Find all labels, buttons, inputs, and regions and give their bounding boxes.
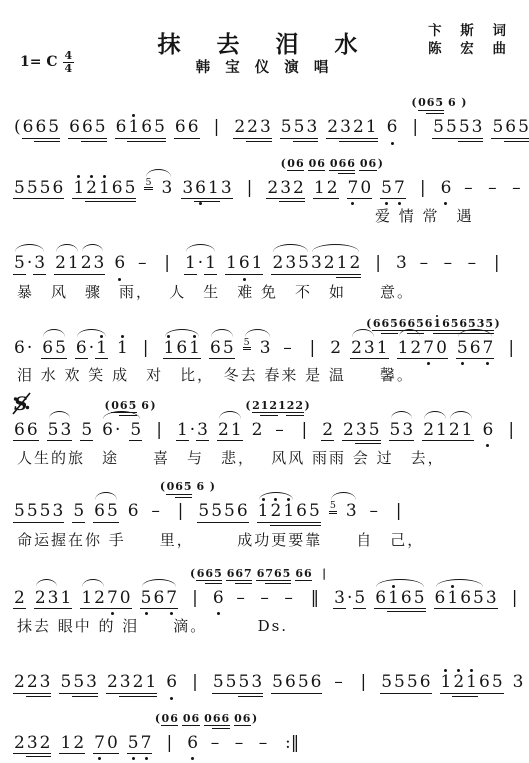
note: 6: [274, 568, 283, 585]
parenthesis: (: [280, 157, 287, 170]
note: 1: [397, 339, 410, 360]
slur-arc: 161: [163, 335, 201, 361]
note: 6: [347, 158, 356, 175]
note: 2: [85, 179, 98, 203]
parenthesis: (: [365, 317, 372, 330]
double-barline: ‖: [311, 585, 320, 611]
note: 5: [491, 118, 504, 139]
octave-dot-below: [140, 612, 153, 615]
slur-arc: 6165: [374, 585, 425, 613]
octave-dot-above: [188, 335, 201, 338]
grace-note: 5: [329, 501, 337, 514]
note: 6: [295, 568, 304, 582]
note: 1: [313, 179, 326, 200]
slur-arc: 53: [144, 175, 173, 201]
note: 1: [80, 589, 93, 610]
note: 0: [166, 481, 175, 495]
note: 3: [250, 673, 263, 697]
note: 5: [389, 421, 402, 442]
note: 5: [124, 179, 137, 203]
octave-dot-below: [482, 444, 495, 447]
note: 2: [452, 673, 465, 697]
note: 5: [47, 118, 60, 142]
note: 7: [482, 339, 495, 360]
note: 6: [442, 318, 451, 335]
note: 3: [26, 734, 39, 758]
note: 5: [435, 97, 444, 114]
note: 6: [434, 589, 447, 610]
note: 6: [236, 502, 249, 523]
grace-annotation: (212122): [244, 399, 310, 417]
note: 2: [132, 673, 145, 697]
dash: –: [233, 585, 249, 611]
note: 3: [310, 254, 323, 275]
dash: –: [464, 250, 480, 276]
slur-arc: 6·5: [101, 417, 142, 443]
note: 3: [401, 421, 414, 442]
note: 2: [13, 734, 26, 755]
slur-arc: 567: [140, 585, 178, 611]
dash: –: [280, 335, 296, 361]
barline: |: [301, 417, 307, 443]
parenthesis: ): [209, 480, 216, 493]
octave-dot-below: [165, 697, 178, 700]
dash: –: [271, 417, 287, 443]
note: 6: [41, 339, 54, 360]
note: 6: [221, 713, 230, 730]
barline: |: [178, 498, 184, 524]
annotation-row: (060606606): [13, 712, 516, 727]
note: 5: [445, 118, 458, 139]
note: 6: [400, 589, 413, 613]
note: 5: [432, 118, 445, 139]
slur-arc: 65: [41, 335, 67, 361]
note: 5: [26, 179, 39, 200]
lyrics-line: 爱 情 常 遇: [13, 202, 516, 227]
note: 2: [350, 339, 363, 360]
note: 5: [106, 502, 119, 523]
note: 5: [129, 421, 142, 442]
note: 3: [395, 254, 408, 274]
dash: –: [460, 175, 476, 201]
note: 3: [196, 421, 209, 442]
note: 5: [280, 118, 293, 139]
note: 2: [217, 421, 230, 442]
note: 5: [153, 118, 166, 142]
slur-arc: 12: [80, 585, 106, 611]
note: 5: [13, 179, 26, 200]
note: 2: [39, 734, 52, 758]
note: 1: [465, 673, 478, 697]
octave-dot-below: [456, 362, 469, 365]
note: 7: [422, 339, 435, 360]
slur-arc: 23: [80, 250, 106, 276]
octave-dot-below: [194, 202, 207, 205]
note: 6: [284, 673, 297, 694]
note: 5: [297, 254, 310, 275]
octave-dot-above: [387, 585, 400, 588]
note: 6: [51, 179, 64, 200]
barline: |: [412, 114, 418, 140]
note: 5: [225, 673, 238, 694]
slur-arc: 121: [257, 498, 295, 526]
note: 6: [115, 118, 128, 139]
note: 6: [419, 673, 432, 694]
note: 5: [406, 673, 419, 694]
parenthesis: (: [13, 114, 22, 140]
grace-note: 5: [243, 338, 251, 351]
parenthesis: ): [460, 96, 467, 109]
parenthesis: ): [251, 712, 258, 725]
slur-arc: 3212: [310, 250, 361, 278]
note: 5: [140, 589, 153, 610]
note: 7: [106, 589, 119, 610]
octave-dot-below: [127, 757, 140, 760]
note: 5: [212, 673, 225, 694]
note: 3: [284, 254, 297, 275]
octave-dot-below: [347, 202, 360, 205]
note: 1: [225, 254, 238, 275]
note: 6: [209, 339, 222, 360]
note: 6: [212, 589, 225, 609]
note: 6: [242, 713, 251, 727]
note: 6: [81, 118, 94, 142]
note: 6: [310, 673, 323, 694]
note: 6: [127, 502, 140, 522]
music-system-5: (0656)(212122)S665356·5|1·3212–|22355321…: [13, 399, 516, 470]
note: 5: [238, 673, 251, 697]
note: 6: [426, 97, 435, 114]
grace-annotation: (0656): [410, 96, 467, 114]
note: 6: [141, 400, 150, 413]
note: 7: [244, 568, 253, 585]
slur-arc: 23: [350, 335, 376, 361]
note: 6: [424, 318, 433, 332]
note: 6: [317, 158, 326, 172]
note: 1: [387, 589, 400, 613]
note: 2: [321, 421, 334, 442]
note: 6: [381, 318, 390, 335]
music-system-8: 22355323216|55535656–|55561216533613|: [13, 659, 516, 697]
note: 1: [184, 254, 197, 275]
note: 6: [186, 734, 199, 754]
note: 2: [269, 400, 278, 417]
note: 1: [204, 254, 217, 275]
note: 3: [33, 254, 46, 275]
slur-arc: 5·3: [13, 250, 46, 276]
note: 1: [278, 400, 287, 414]
composer-credit: 陈 宏 曲: [428, 40, 513, 58]
note: 0: [418, 97, 427, 111]
slur-arc: 53: [389, 417, 415, 443]
note: 6: [459, 589, 472, 610]
note: 5: [223, 502, 236, 523]
note: 2: [323, 254, 336, 275]
note: 5: [94, 118, 107, 142]
barline: |: [512, 585, 518, 611]
octave-dot-below: [106, 612, 119, 615]
note: 2: [266, 179, 279, 200]
music-system-4: (66566561656535)6·656·11|1616553–|223112…: [13, 317, 516, 386]
octave-dot-below: [393, 202, 406, 205]
note: 5: [214, 568, 223, 585]
note: 5: [380, 179, 393, 200]
augmentation-dot: ·: [114, 417, 121, 443]
parenthesis: (: [189, 567, 196, 580]
slur-arc: 567: [456, 335, 494, 361]
note: 3: [512, 673, 525, 693]
octave-dot-below: [380, 202, 393, 205]
note: 7: [393, 179, 406, 200]
note: 3: [363, 339, 376, 360]
octave-dot-below: [93, 757, 106, 760]
note: 2: [270, 502, 283, 526]
notes-line: (665665616566|22355323216|55535656–|: [13, 111, 516, 142]
note: 5: [517, 118, 529, 142]
grace-annotation: (060606606): [154, 712, 258, 730]
lyrics-line: 人生的旅 途 喜 与 悲， 风风 雨雨 会 过 去，: [13, 444, 516, 469]
notes-line: 6·656·11|1616553–|22311270567|6–––|: [13, 332, 516, 361]
note: 2: [409, 339, 422, 360]
octave-dot-below: [140, 757, 153, 760]
note: 0: [161, 713, 170, 727]
slur-arc: 21: [54, 250, 80, 276]
note: 1: [433, 318, 442, 335]
note: 2: [26, 673, 39, 697]
note: 7: [93, 734, 106, 755]
note: 3: [39, 673, 52, 697]
note: 6: [191, 713, 200, 727]
octave-dot-above: [127, 114, 140, 117]
note: 6: [295, 158, 304, 172]
note: 6: [256, 568, 265, 582]
octave-dot-above: [116, 335, 129, 338]
dash: –: [440, 250, 456, 276]
note: 2: [13, 589, 26, 610]
note: 6: [152, 589, 165, 610]
performer: 韩 宝 仪 演 唱: [0, 56, 529, 77]
octave-dot-above: [452, 669, 465, 672]
note: 1: [127, 118, 140, 142]
note: 1: [163, 339, 176, 360]
note: 1: [67, 254, 80, 275]
note: 1: [72, 179, 85, 200]
note: 0: [287, 158, 296, 172]
note: 1: [260, 400, 269, 417]
slur-arc: 21: [448, 417, 474, 443]
note: 3: [161, 179, 174, 199]
note: 5: [39, 179, 52, 200]
note: 1: [144, 673, 157, 697]
note: 5: [297, 673, 310, 694]
note: 1: [230, 421, 243, 442]
music-system-7: (665667676566|22311270567|6–––‖3·5616561…: [13, 567, 516, 638]
note: 6: [194, 179, 207, 203]
note: 5: [393, 673, 406, 694]
note: 5: [210, 502, 223, 523]
note: 6: [13, 339, 26, 359]
parenthesis: (: [154, 712, 161, 725]
note: 6: [482, 421, 495, 441]
barline: |: [420, 175, 426, 201]
note: 2: [72, 734, 85, 755]
note: 6: [175, 339, 188, 360]
slur-arc: 53: [243, 335, 272, 361]
note: 1: [188, 339, 201, 360]
note: 1: [98, 179, 111, 203]
octave-dot-below: [422, 362, 435, 365]
grace-annotation: (060606606): [280, 157, 384, 175]
barline: |: [192, 585, 198, 611]
note: 1: [376, 339, 389, 360]
octave-dot-below: [238, 278, 251, 281]
notes-line: 665356·5|1·3212–|22355321216|: [13, 414, 516, 445]
octave-dot-above: [85, 175, 98, 178]
note: 6: [111, 179, 124, 203]
note: 5: [72, 502, 85, 523]
note: 5: [13, 254, 26, 275]
notes-line: 55535656–|55561216553–|: [13, 495, 516, 526]
note: 5: [368, 421, 381, 445]
note: 6: [212, 713, 221, 730]
note: 2: [329, 339, 342, 359]
note: 5: [472, 589, 485, 610]
lyrics-line: 泪 水 欢 笑 成 对 比， 冬去 春来 是 温 馨。: [13, 361, 516, 386]
octave-dot-above: [433, 315, 442, 317]
note: 0: [119, 589, 132, 610]
dash: –: [330, 669, 346, 695]
barline: |: [214, 114, 220, 140]
octave-dot-below: [186, 757, 199, 760]
note: 6: [26, 421, 39, 442]
note: 5: [80, 421, 93, 442]
barline: |: [396, 498, 402, 524]
slur-arc: 53: [47, 417, 73, 443]
octave-dot-above: [446, 585, 459, 588]
note: 6: [113, 254, 126, 274]
note: 6: [374, 589, 387, 610]
dash: –: [257, 585, 273, 611]
note: 3: [220, 179, 233, 200]
barline: |: [494, 250, 500, 276]
note: 0: [308, 158, 317, 172]
note: 6: [295, 502, 308, 526]
segno-icon: S: [11, 391, 32, 420]
note: 6: [235, 568, 244, 585]
note: 2: [80, 254, 93, 275]
note: 2: [13, 673, 26, 694]
lyricist-credit: 卞 斯 词: [428, 22, 513, 40]
note: 2: [271, 254, 284, 275]
annotation-row: [13, 659, 516, 666]
note: 5: [271, 673, 284, 694]
note: 0: [182, 713, 191, 727]
end-repeat-sign: :‖: [285, 730, 299, 756]
parenthesis: ): [304, 399, 311, 412]
note: 1: [116, 339, 129, 359]
octave-dot-above: [465, 669, 478, 672]
note: 1: [365, 118, 378, 142]
note: 6: [196, 481, 205, 494]
slur-arc: 53: [329, 498, 358, 524]
note: 2: [93, 589, 106, 610]
score: (0656)(665665616566|22355323216|55535656…: [0, 96, 529, 757]
note: 1: [251, 254, 264, 275]
barline: |: [247, 175, 253, 201]
note: 6: [175, 481, 184, 498]
note: 5: [183, 481, 192, 498]
note: 2: [348, 254, 361, 278]
slur-arc: 12: [397, 335, 423, 361]
note: 1: [257, 502, 270, 523]
lyrics-line: 暴 风 骤 雨， 人 生 难 免 不 如 意。: [13, 278, 516, 303]
octave-dot-below: [165, 612, 178, 615]
note: 0: [359, 179, 372, 200]
octave-dot-above: [163, 335, 176, 338]
augmentation-dot: ·: [88, 335, 95, 361]
note: 1: [59, 589, 72, 610]
barline: |: [322, 567, 326, 580]
dash: –: [366, 498, 382, 524]
dash: –: [134, 250, 150, 276]
note: 3: [181, 179, 194, 200]
octave-dot-above: [440, 669, 453, 672]
music-system-2: (060606606)555612165533613|232127057|6––…: [13, 157, 516, 228]
credits: 卞 斯 词 陈 宏 曲: [428, 22, 513, 58]
note: 1: [59, 734, 72, 755]
parenthesis: ): [494, 317, 501, 330]
octave-dot-below: [113, 278, 126, 281]
note: 3: [279, 179, 292, 203]
note: 2: [352, 118, 365, 142]
grace-annotation: (0656): [159, 480, 216, 498]
octave-dot-above: [270, 498, 283, 501]
note: 5: [353, 589, 366, 610]
octave-dot-above: [72, 175, 85, 178]
barline: |: [192, 669, 198, 695]
dash: –: [255, 730, 271, 756]
note: 6: [448, 97, 457, 110]
note: 2: [54, 254, 67, 275]
music-system-1: (0656)(665665616566|22355323216|55535656…: [13, 96, 516, 142]
note: 2: [286, 400, 295, 417]
notes-line: 232127057|6–––:‖: [13, 727, 516, 758]
note: 6: [165, 673, 178, 693]
note: 5: [458, 118, 471, 142]
note: 1: [435, 421, 448, 442]
note: 5: [456, 339, 469, 360]
note: 3: [259, 339, 272, 359]
grace-annotation: (665667676566|: [189, 567, 332, 585]
slur-arc: 6165: [434, 585, 485, 611]
notes-line: 555612165533613|232127057|6–––)‖:6·31616…: [13, 172, 516, 203]
note: 7: [265, 568, 274, 585]
note: 6: [22, 118, 35, 139]
note: 5: [390, 318, 399, 335]
note: 3: [119, 673, 132, 697]
octave-dot-above: [95, 335, 108, 338]
note: 5: [39, 502, 52, 523]
note: 2: [252, 400, 261, 414]
parenthesis: ): [149, 399, 156, 412]
note: 6: [504, 118, 517, 142]
note: 2: [251, 421, 264, 441]
note: 5: [59, 673, 72, 694]
note: 5: [26, 502, 39, 523]
dash: –: [508, 175, 524, 201]
lyrics-line: 命运握在你 手 里， 成功更要靠 自 己，: [13, 526, 516, 551]
barline: |: [166, 730, 172, 756]
